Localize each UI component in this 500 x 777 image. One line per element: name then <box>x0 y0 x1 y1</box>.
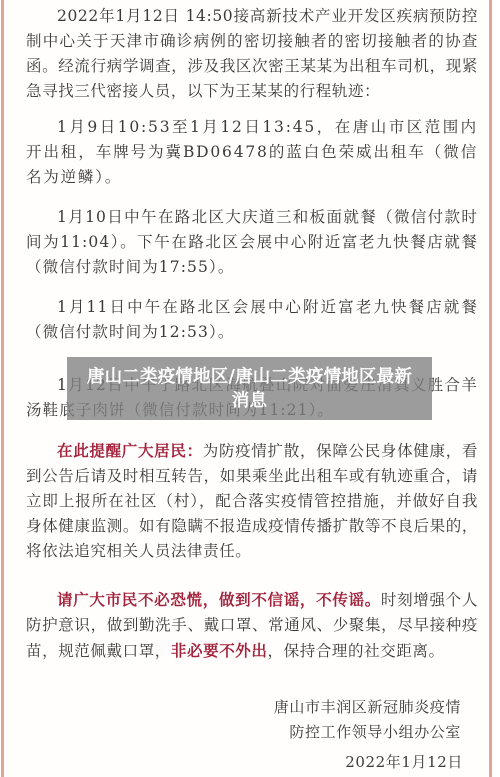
signature-line-2: 防控工作领导小组办公室 <box>289 720 461 745</box>
appeal-emphasis-2: 非必要不外出 <box>171 641 268 660</box>
appeal-paragraph: 请广大市民不必恐慌，做到不信谣，不传谣。时刻增强个人防护意识，做到勤洗手、戴口罩… <box>26 587 478 664</box>
itinerary-jan11: 1月11日中午在路北区会展中心附近富老九快餐店就餐（微信付款时间为12:53）。 <box>26 295 478 345</box>
overlay-title: 唐山二类疫情地区/唐山二类疫情地区最新消息 <box>85 365 415 413</box>
signature-line-1: 唐山市丰润区新冠肺炎疫情 <box>274 695 461 720</box>
reminder-paragraph: 在此提醒广大居民：为防疫情扩散，保障公民身体健康，看到公告后请及时相互转告，如果… <box>26 438 478 564</box>
appeal-body-2: ，保持合理的社交距离。 <box>268 642 445 660</box>
intro-paragraph: 2022年1月12日 14:50接高新技术产业开发区疾病预防控制中心关于天津市确… <box>26 4 478 104</box>
itinerary-jan10: 1月10日中午在路北区大庆道三和板面就餐（微信付款时间为11:04）。下午在路北… <box>26 205 478 280</box>
reminder-emphasis: 在此提醒广大居民： <box>57 441 203 460</box>
itinerary-jan9: 1月9日10:53至1月12日13:45，在唐山市区范围内开出租，车牌号为冀BD… <box>26 115 478 190</box>
appeal-emphasis-1: 请广大市民不必恐慌，做到不信谣，不传谣。 <box>57 590 381 609</box>
signature-date: 2022年1月12日 <box>345 750 463 775</box>
title-overlay-banner: 唐山二类疫情地区/唐山二类疫情地区最新消息 <box>67 357 432 420</box>
